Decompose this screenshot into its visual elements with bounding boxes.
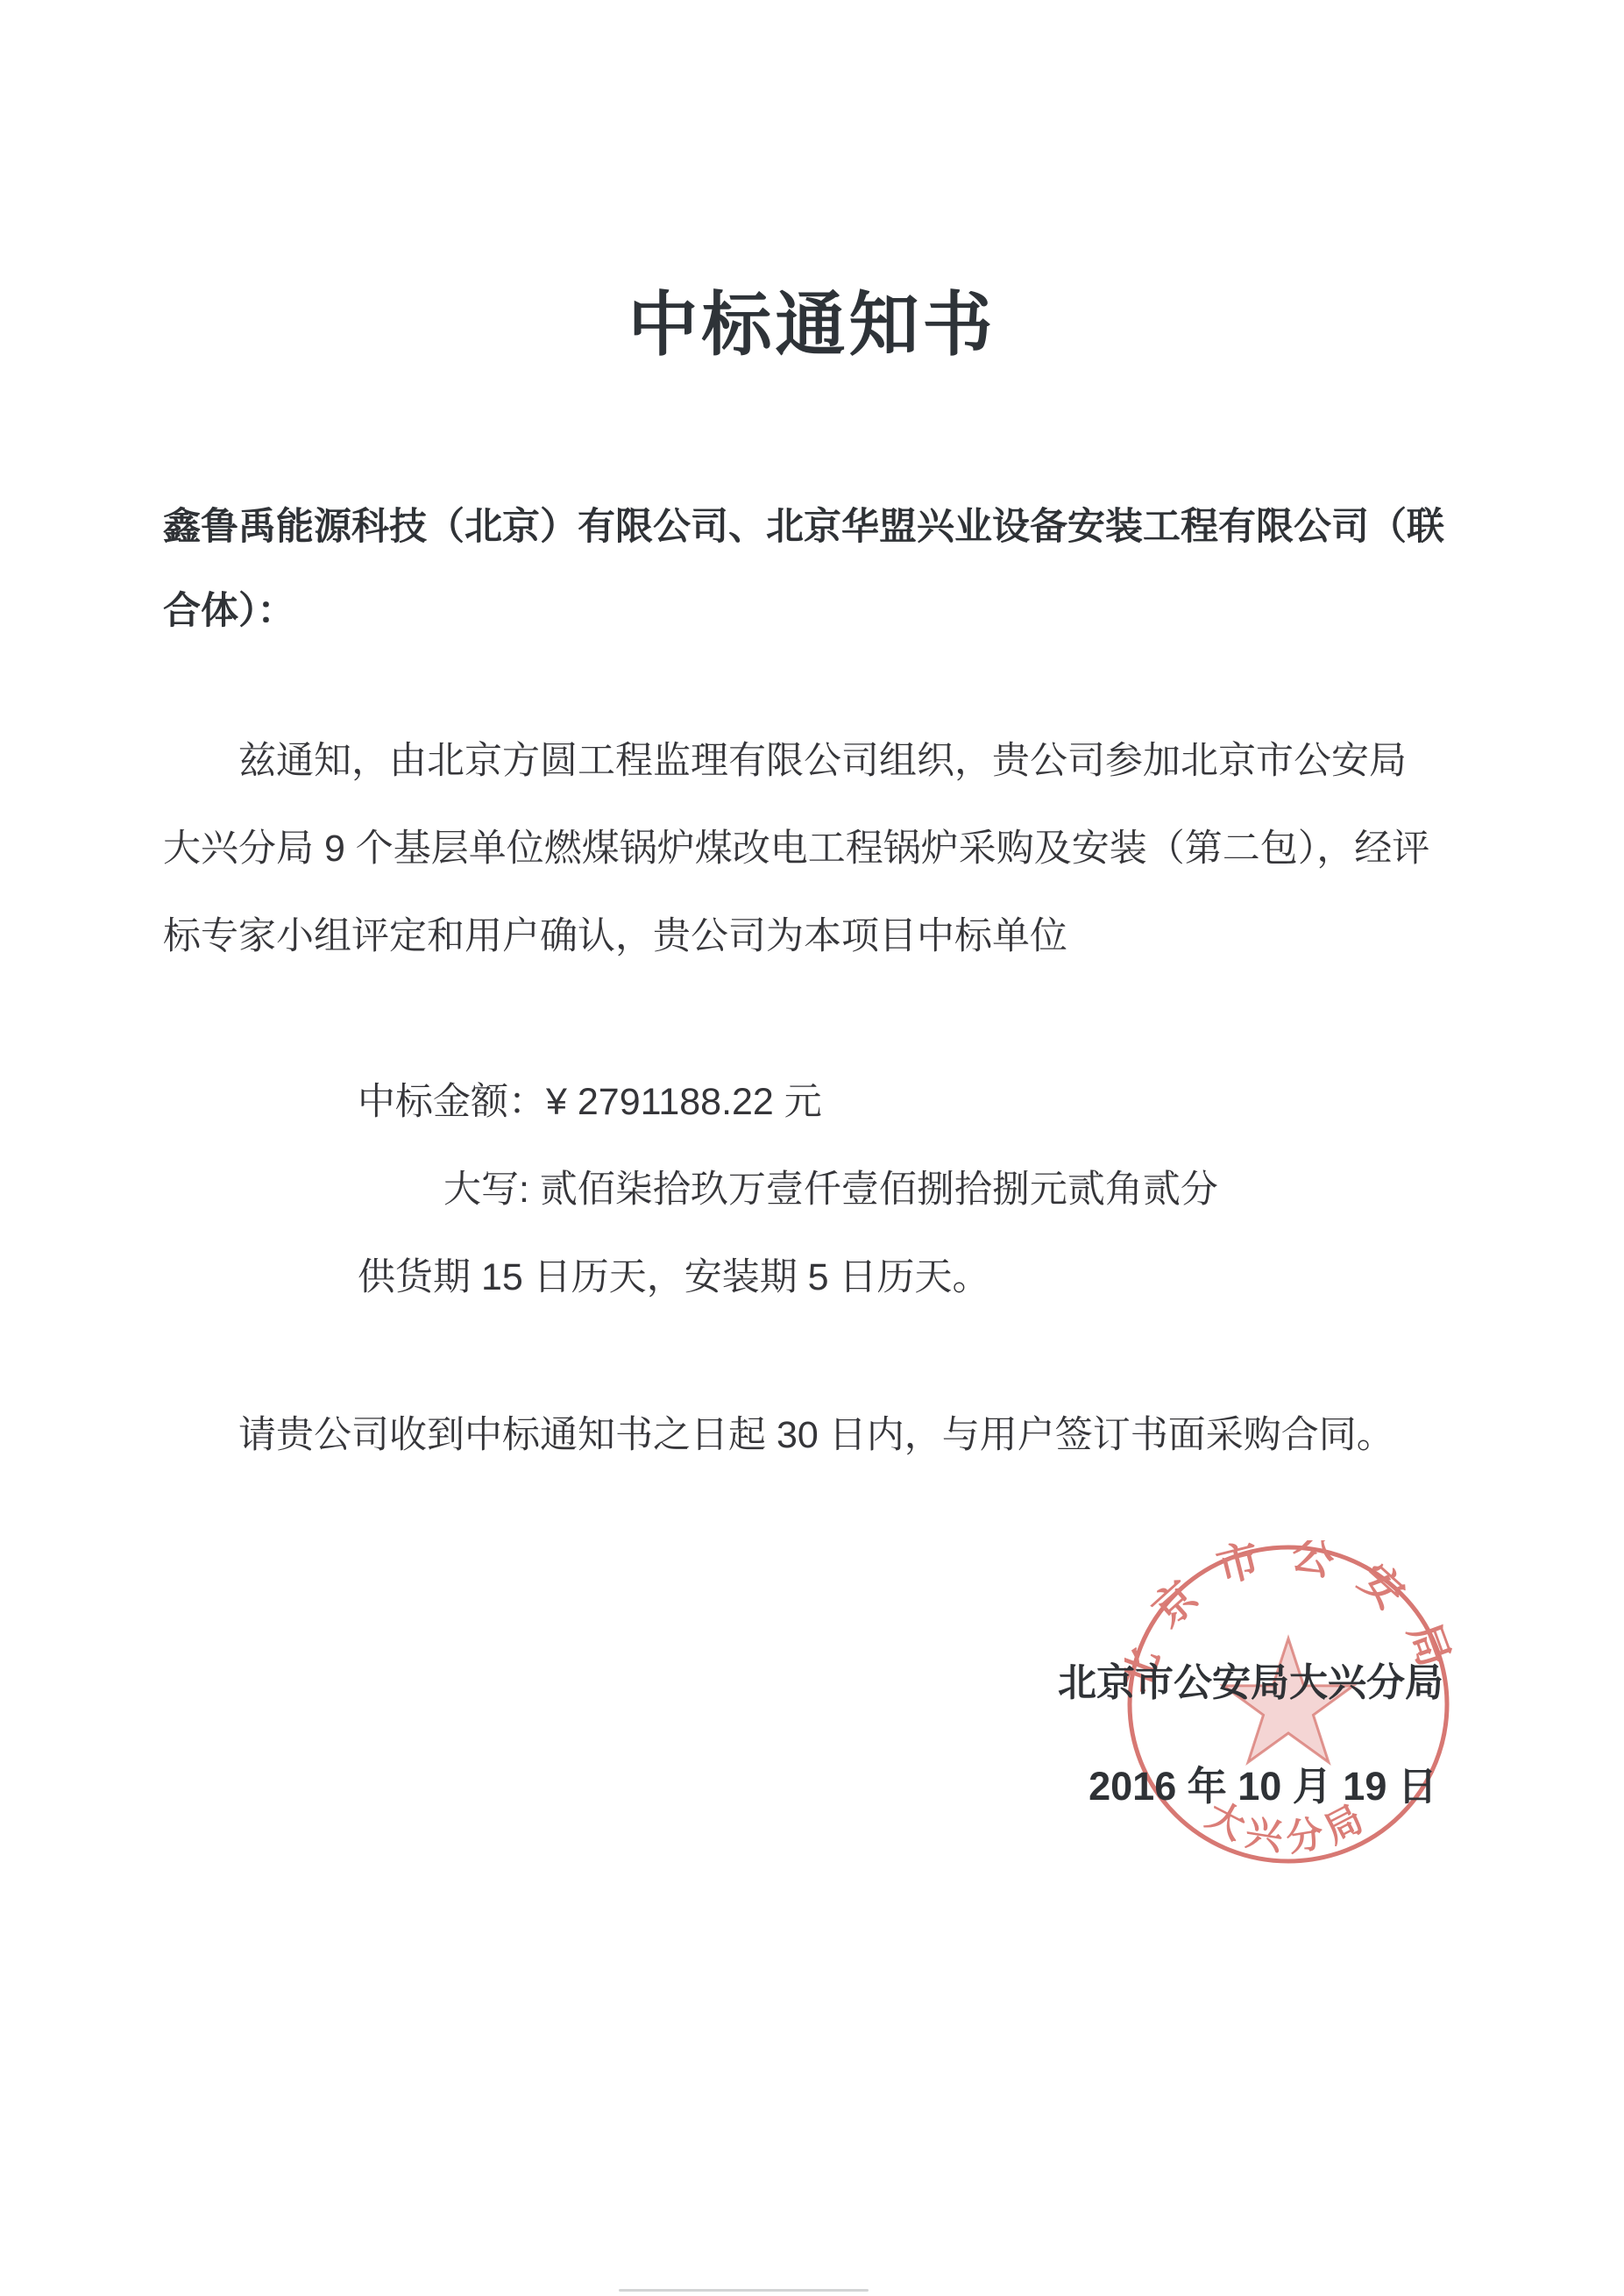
signature-block: 北京市公安局大兴分局 2016 年 10 月 19 日	[1040, 1660, 1461, 1810]
award-details-block: 中标金额：¥ 2791188.22 元 大写: 贰佰柒拾玖万壹仟壹佰捌拾捌元贰角…	[163, 1058, 1218, 1321]
addressee-line-2: 合体）：	[163, 569, 1478, 653]
addressee-line-1: 鑫鲁禹能源科技（北京）有限公司、北京华盟兴业设备安装工程有限公司（联	[163, 485, 1478, 569]
document-page: 中标通知书 鑫鲁禹能源科技（北京）有限公司、北京华盟兴业设备安装工程有限公司（联…	[0, 0, 1624, 2296]
award-amount-words-line: 大写: 贰佰柒拾玖万壹仟壹佰捌拾捌元贰角贰分	[443, 1146, 1218, 1233]
signature-date: 2016 年 10 月 19 日	[1040, 1763, 1461, 1810]
scan-artifact-line	[619, 2289, 869, 2292]
closing-line: 请贵公司收到中标通知书之日起 30 日内，与用户签订书面采购合同。	[163, 1391, 1482, 1479]
award-amount-line: 中标金额：¥ 2791188.22 元	[358, 1058, 1218, 1146]
award-schedule-line: 供货期 15 日历天，安装期 5 日历天。	[358, 1233, 1218, 1321]
notice-line-3: 标专家小组评定和用户确认，贵公司为本项目中标单位	[163, 892, 1482, 980]
addressee-block: 鑫鲁禹能源科技（北京）有限公司、北京华盟兴业设备安装工程有限公司（联 合体）：	[163, 485, 1478, 653]
signature-organization: 北京市公安局大兴分局	[1040, 1660, 1461, 1707]
notification-paragraph: 兹通知，由北京方圆工程监理有限公司组织，贵公司参加北京市公安局 大兴分局 9 个…	[163, 717, 1482, 980]
notice-line-1: 兹通知，由北京方圆工程监理有限公司组织，贵公司参加北京市公安局	[163, 717, 1482, 805]
notice-line-2: 大兴分局 9 个基层单位燃煤锅炉煤改电工程锅炉采购及安装（第二包），经评	[163, 805, 1482, 892]
closing-paragraph: 请贵公司收到中标通知书之日起 30 日内，与用户签订书面采购合同。	[163, 1391, 1482, 1479]
document-title: 中标通知书	[0, 268, 1624, 369]
